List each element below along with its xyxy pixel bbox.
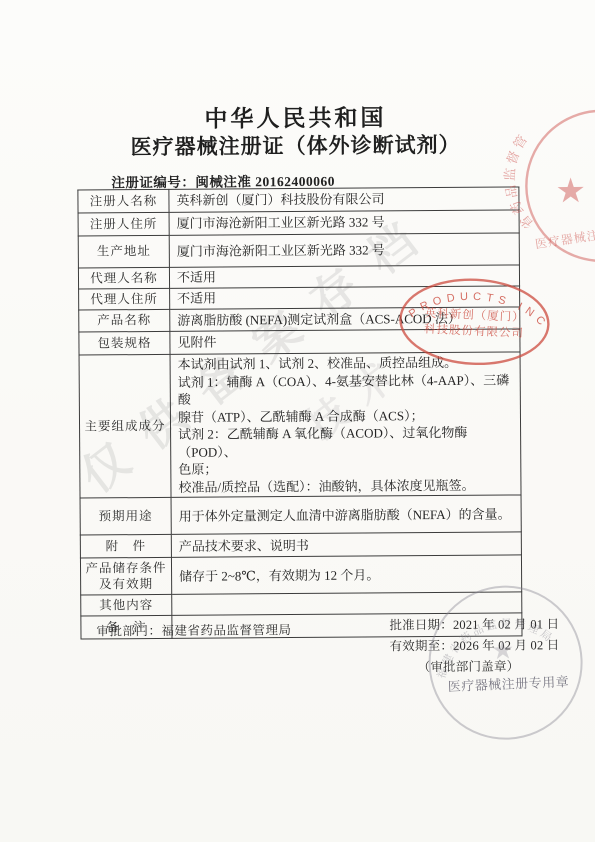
row-value-production-address: 厦门市海沧新阳工业区新光路 332 号: [169, 233, 519, 267]
approval-date-line: 批准日期：2021 年 02 月 01 日: [389, 614, 559, 636]
row-label-agent-name: 代理人名称: [78, 267, 169, 289]
certificate-table: 注册人名称 英科新创（厦门）科技股份有限公司 注册人住所 厦门市海沧新阳工业区新…: [77, 186, 522, 639]
row-value-intended-use: 用于体外定量测定人血清中游离脂肪酸（NEFA）的含量。: [171, 495, 521, 534]
table-row: 其他内容: [81, 592, 522, 616]
table-row: 预期用途 用于体外定量测定人血清中游离脂肪酸（NEFA）的含量。: [80, 495, 521, 535]
certificate-page: 仅供备案存档 技术 中华人民共和国 医疗器械注册证（体外诊断试剂） 注册证编号：…: [0, 0, 595, 842]
approval-dates-block: 批准日期：2021 年 02 月 01 日 有效期至：2026 年 02 月 0…: [389, 614, 559, 678]
row-label-packaging-spec: 包装规格: [79, 331, 170, 355]
table-row: 注册人住所 厦门市海沧新阳工业区新光路 332 号: [78, 210, 519, 236]
row-value-agent-name: 不适用: [169, 265, 519, 288]
row-label-storage-validity: 产品储存条件 及有效期: [80, 558, 171, 596]
table-row: 产品储存条件 及有效期 储存于 2~8℃，有效期为 12 个月。: [80, 555, 521, 595]
row-label-other-content: 其他内容: [81, 595, 172, 617]
row-label-registrant-address: 注册人住所: [78, 212, 169, 236]
row-label-agent-address: 代理人住所: [79, 288, 170, 310]
row-label-product-name: 产品名称: [79, 309, 170, 332]
table-row: 生产地址 厦门市海沧新阳工业区新光路 332 号: [78, 233, 519, 268]
stamp-inner-text: 医疗器械注: [534, 227, 595, 251]
scanned-document: 仅供备案存档 技术 中华人民共和国 医疗器械注册证（体外诊断试剂） 注册证编号：…: [0, 0, 595, 842]
table-row: 包装规格 见附件: [79, 329, 520, 355]
star-icon: ★: [555, 173, 586, 210]
table-row: 产品名称 游离脂肪酸 (NEFA)测定试剂盒（ACS-ACOD 法）: [79, 307, 520, 332]
document-title: 医疗器械注册证（体外诊断试剂）: [0, 128, 593, 162]
approval-department-line: 审批部门：福建省药品监督管理局: [96, 620, 291, 639]
row-value-product-name: 游离脂肪酸 (NEFA)测定试剂盒（ACS-ACOD 法）: [170, 307, 520, 331]
row-value-agent-address: 不适用: [170, 286, 520, 309]
table-row: 注册人名称 英科新创（厦门）科技股份有限公司: [78, 187, 519, 213]
table-row: 主要组成成分 本试剂由试剂 1、试剂 2、校准品、质控品组成。 试剂 1：辅酶 …: [79, 352, 521, 498]
row-value-storage-validity: 储存于 2~8℃，有效期为 12 个月。: [171, 555, 521, 594]
row-value-packaging-spec: 见附件: [170, 329, 520, 354]
row-value-main-components: 本试剂由试剂 1、试剂 2、校准品、质控品组成。 试剂 1：辅酶 A（COA）、…: [170, 352, 521, 498]
row-label-main-components: 主要组成成分: [79, 354, 171, 498]
valid-until-line: 有效期至：2026 年 02 月 02 日: [390, 635, 560, 657]
row-label-intended-use: 预期用途: [80, 498, 171, 536]
row-label-production-address: 生产地址: [78, 235, 169, 268]
row-value-registrant-address: 厦门市海沧新阳工业区新光路 332 号: [169, 210, 519, 235]
table-row: 附 件 产品技术要求、说明书: [80, 532, 521, 558]
row-value-registrant-name: 英科新创（厦门）科技股份有限公司: [169, 187, 519, 212]
row-value-other-content: [172, 592, 522, 615]
row-label-attachments: 附 件: [80, 535, 171, 559]
row-label-registrant-name: 注册人名称: [78, 189, 169, 213]
row-value-attachments: 产品技术要求、说明书: [171, 532, 521, 557]
seal-note-line: （审批部门盖章）: [390, 656, 560, 678]
